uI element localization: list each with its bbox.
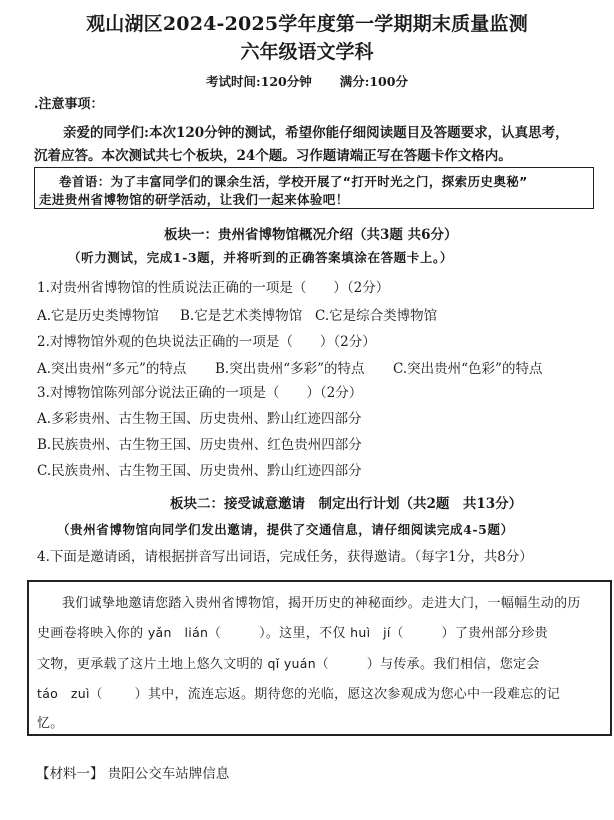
- q3-option-a: A.多彩贵州、古生物王国、历史贵州、黔山红迹四部分: [37, 407, 362, 427]
- invitation-line5: 忆。: [37, 712, 64, 731]
- invitation-line1: 我们诚挚地邀请您踏入贵州省博物馆，揭开历史的神秘面纱。走进大门，一幅幅生动的历: [62, 592, 581, 611]
- invitation-line2: 史画卷将映入你的 yǎn lián（）。这里，不仅 huì jí（）了贵州部分珍…: [37, 622, 548, 641]
- preface-box: 卷首语：为了丰富同学们的课余生活，学校开展了“打开时光之门，探索历史奥秘” 走进…: [34, 167, 594, 209]
- section1-note: （听力测试，完成1-3题，并将听到的正确答案填涂在答题卡上。）: [68, 248, 453, 266]
- invitation-line3: 文物，更承载了这片土地上悠久文明的 qǐ yuán（）与传承。我们相信，您定会: [37, 653, 540, 672]
- q1-option-b: B.它是艺术类博物馆: [180, 304, 302, 324]
- section2-title: 板块二：接受诚意邀请 制定出行计划（共2题 共13分）: [170, 492, 522, 512]
- q1-option-c: C.它是综合类博物馆: [315, 304, 437, 324]
- question-2: 2.对博物馆外观的色块说法正确的一项是（ ）（2分）: [37, 330, 376, 350]
- preface-line2: 走进贵州省博物馆的研学活动，让我们一起来体验吧！: [39, 190, 349, 208]
- question-1: 1.对贵州省博物馆的性质说法正确的一项是（ ）（2分）: [37, 276, 389, 296]
- q3-option-c: C.民族贵州、古生物王国、历史贵州、黔山红迹四部分: [37, 459, 362, 479]
- section1-title: 板块一：贵州省博物馆概况介绍（共3题 共6分）: [164, 223, 458, 243]
- material1-label: 【材料一】 贵阳公交车站牌信息: [36, 762, 229, 782]
- pinyin-yan-lian: yǎn lián: [148, 625, 208, 640]
- section2-note: （贵州省博物馆向同学们发出邀请，提供了交通信息，请仔细阅读完成4-5题）: [57, 520, 514, 538]
- question-3: 3.对博物馆陈列部分说法正确的一项是（ ）（2分）: [37, 381, 362, 401]
- q2-option-c: C.突出贵州“色彩”的特点: [393, 357, 542, 377]
- question-4: 4.下面是邀请函，请根据拼音写出词语，完成任务，获得邀请。（每字1分，共8分）: [37, 545, 533, 565]
- preface-line1: 卷首语：为了丰富同学们的课余生活，学校开展了“打开时光之门，探索历史奥秘”: [59, 172, 528, 190]
- invitation-line4: táo zuì（）其中，流连忘返。期待您的光临，愿这次参观成为您心中一段难忘的记: [37, 683, 560, 702]
- pinyin-qi-yuan: qǐ yuán: [268, 656, 316, 671]
- exam-time: 考试时间:120分钟: [206, 74, 312, 89]
- invitation-box: 我们诚挚地邀请您踏入贵州省博物馆，揭开历史的神秘面纱。走进大门，一幅幅生动的历 …: [27, 580, 612, 736]
- full-score: 满分:100分: [340, 74, 408, 89]
- q1-option-a: A.它是历史类博物馆: [37, 304, 159, 324]
- q3-option-b: B.民族贵州、古生物王国、历史贵州、红色贵州四部分: [37, 433, 362, 453]
- q2-option-a: A.突出贵州“多元”的特点: [37, 357, 186, 377]
- exam-subject: 六年级语文学科: [0, 37, 614, 64]
- exam-meta: 考试时间:120分钟满分:100分: [0, 72, 614, 90]
- q2-option-b: B.突出贵州“多彩”的特点: [215, 357, 365, 377]
- pinyin-tao-zui: táo zuì: [37, 686, 90, 701]
- notice-text-line2: 沉着应答。本次测试共七个板块，24个题。习作题请端正写在答题卡作文格内。: [34, 144, 512, 164]
- notice-label: .注意事项：: [34, 93, 104, 112]
- notice-text-line1: 亲爱的同学们:本次120分钟的测试，希望你能仔细阅读题目及答题要求，认真思考，: [63, 121, 569, 141]
- exam-title: 观山湖区2024-2025学年度第一学期期末质量监测: [0, 9, 614, 36]
- pinyin-hui-ji: huì jí: [350, 625, 391, 640]
